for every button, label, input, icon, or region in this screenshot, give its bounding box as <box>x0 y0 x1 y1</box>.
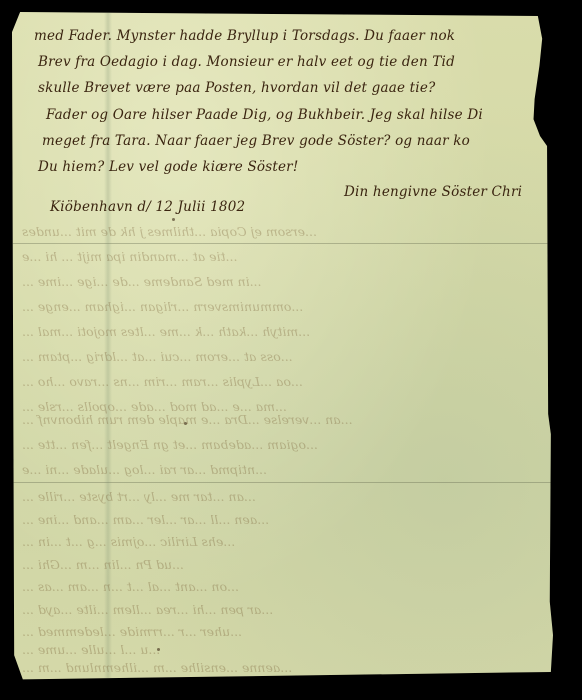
bleed-line: ...in med Sandeme ...de ...ige ...ime ..… <box>22 274 262 289</box>
bleed-line: ...an ...tar me ...ly ...rt byste ...ril… <box>22 489 256 504</box>
fold-line-lower <box>12 482 553 483</box>
ink-spot <box>157 648 160 651</box>
letter-line: Brev fra Oedagio i dag. Monsieur er halv… <box>38 54 455 70</box>
bleed-line: ...ud Pn ...lin ...m ...Ghi ... <box>22 557 184 572</box>
bleed-line: ...u ...l ...ulle ...ume ... <box>22 642 160 657</box>
ink-spot <box>282 678 285 681</box>
ink-spot <box>172 218 175 221</box>
letter-line: skulle Brevet være paa Posten, hvordan v… <box>38 80 435 96</box>
signature: Din hengivne Söster Chri <box>344 184 522 200</box>
ink-spot <box>184 422 187 425</box>
bleed-line: ...on ...ant ...al ...t ...n ...am ...as… <box>22 579 239 594</box>
letter-page: ...ersom ej Copia ...thilmes j hk de mit… <box>12 12 553 682</box>
bleed-line: ...oss at ...erom ...cui ...at ...ldrig … <box>22 349 293 364</box>
letter-line: med Fader. Mynster hadde Bryllup i Torsd… <box>34 28 455 44</box>
letter-line: Du hiem? Lev vel gode kiære Söster! <box>38 159 298 175</box>
bleed-line: ...aenne ...ensilhe ...m ...ilhemnlund .… <box>22 660 292 675</box>
bleed-line: ...an ...verelse ...Dra ...e maple dem r… <box>22 412 353 427</box>
bleed-line: ...uher ...r ...rrmide ...ledemmed ... <box>22 624 242 639</box>
bleed-line: ...aen ...ll ...ar ...ler ...am ...and .… <box>22 512 269 527</box>
bleed-line: ...d ...ent ...hel. <box>342 672 438 687</box>
bleed-line: ...ntipmd ...ar rai ...log ...ulade ...n… <box>22 462 267 477</box>
bleed-line: ...ommunimsvern ...rligan ...igham ...en… <box>22 299 303 314</box>
bleed-line: ...ar pen ...hi ...rea ...llem ...ilte .… <box>22 602 273 617</box>
dateline: Kiöbenhavn d/ 12 Julii 1802 <box>50 199 245 215</box>
bleed-line: ...ehs Lirilic ...ojmis ...g ...t ...in … <box>22 534 235 549</box>
bleed-line: ...ogiam ...adebam ...et gn Engelt ...fe… <box>22 437 318 452</box>
fold-line-upper <box>12 243 553 244</box>
letter-line: Fader og Oare hilser Paade Dig, og Bukhb… <box>46 107 483 123</box>
letter-line: meget fra Tara. Naar faaer jeg Brev gode… <box>42 133 470 149</box>
bleed-line: ...oa ...Lyplis ...ram ...rim ...ns ...r… <box>22 374 303 389</box>
bleed-line: ...ersom ej Copia ...thilmes j hk de mit… <box>22 224 317 239</box>
bleed-line: ...mityh ...kath ...k ...me ...ltes mojo… <box>22 324 310 339</box>
bleed-line: ...tie at ...mandin ipa mijt ... hi ...e <box>22 249 237 264</box>
